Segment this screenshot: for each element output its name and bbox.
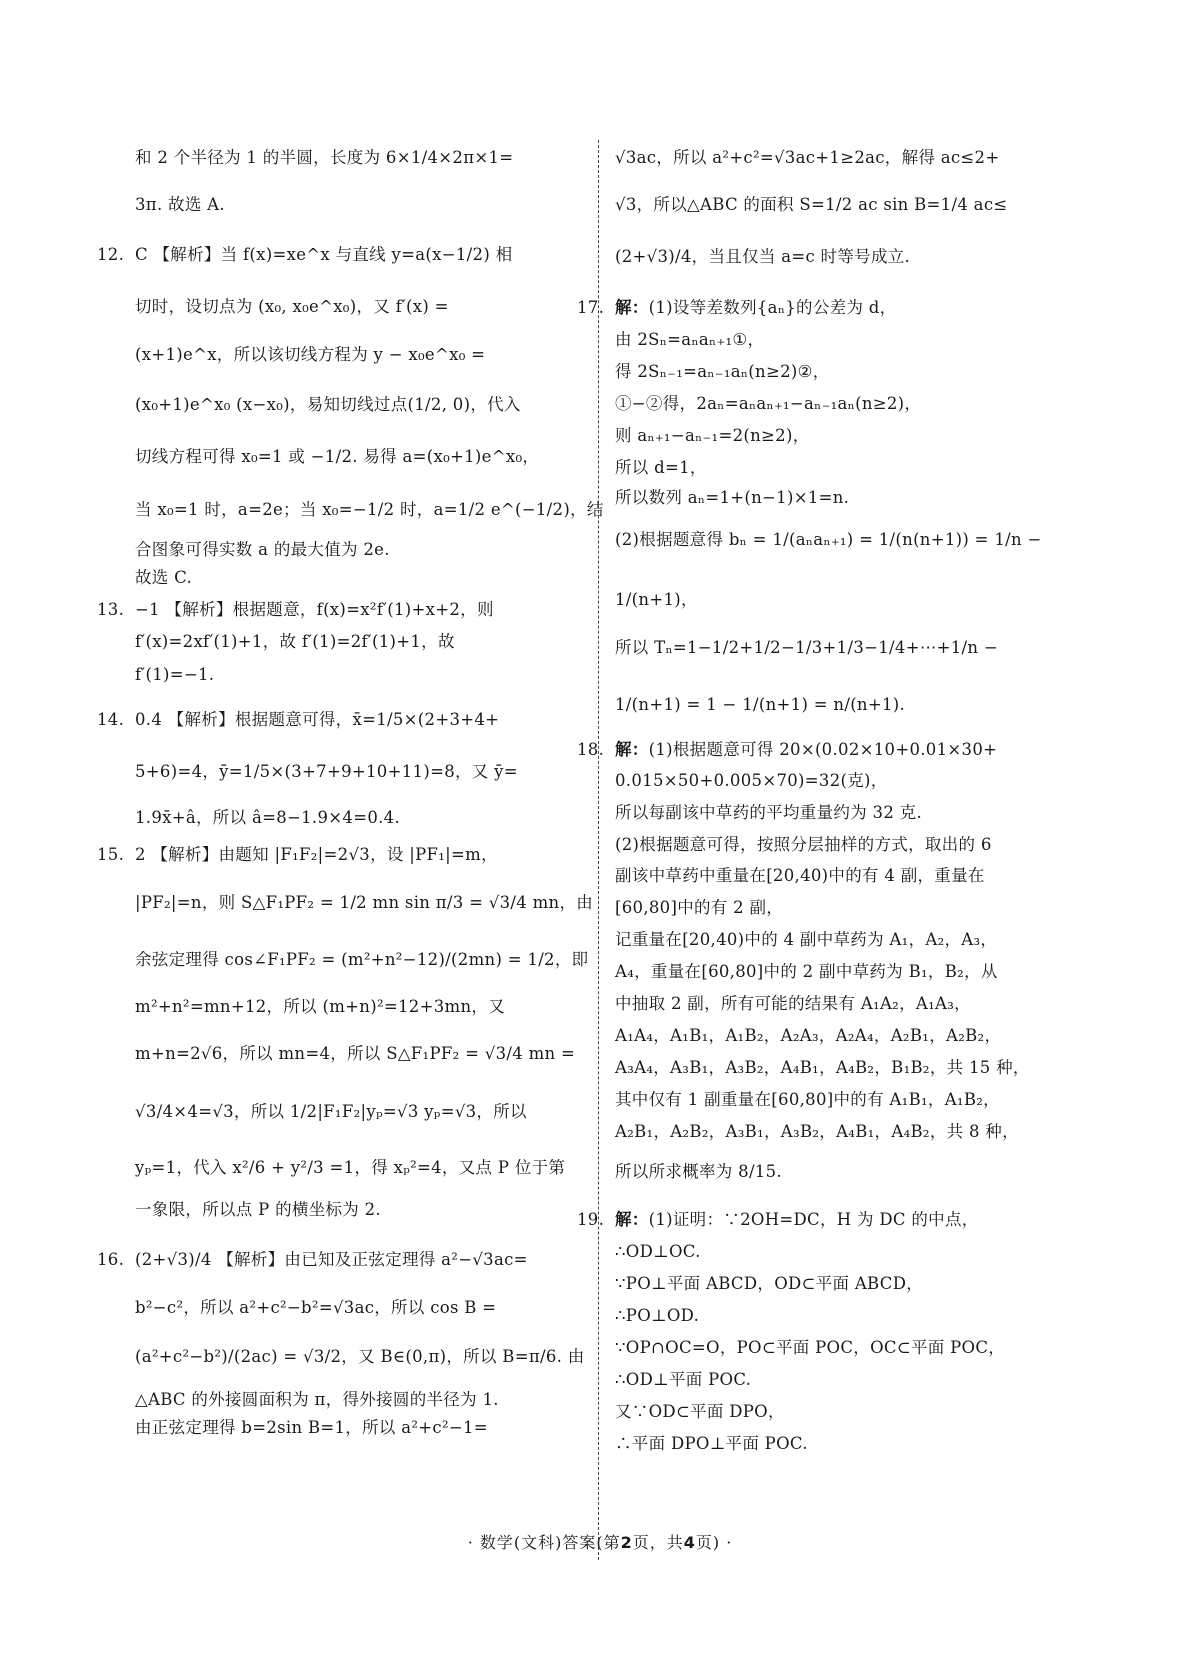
text-line: 1/(n+1)， [615, 590, 698, 610]
line-text: 余弦定理得 cos∠F₁PF₂ = (m²+n²−12)/(2mn) = 1/2… [135, 950, 588, 969]
text-line: 当 x₀=1 时，a=2e；当 x₀=−1/2 时，a=1/2 e^(−1/2)… [135, 500, 604, 520]
line-text: 由正弦定理得 b=2sin B=1，所以 a²+c²−1= [135, 1418, 488, 1437]
line-text: A₄，重量在[60,80]中的 2 副中草药为 B₁，B₂，从 [615, 962, 998, 981]
question-number: 14. [97, 710, 124, 730]
footer-suffix: 页) · [696, 1533, 732, 1552]
line-text: √3ac，所以 a²+c²=√3ac+1≥2ac，解得 ac≤2+ [615, 148, 999, 167]
text-line: 则 aₙ₊₁−aₙ₋₁=2(n≥2)， [615, 426, 810, 446]
line-text: ∴OD⊥OC. [615, 1242, 701, 1261]
question-number: 19. [577, 1210, 604, 1230]
text-line: (x+1)e^x，所以该切线方程为 y − x₀e^x₀ = [135, 345, 485, 365]
question-number: 15. [97, 845, 124, 865]
line-text: 所以每副该中草药的平均重量约为 32 克. [615, 803, 922, 822]
text-line: 故选 C. [135, 568, 192, 588]
text-line: 又∵OD⊂平面 DPO， [615, 1402, 785, 1422]
line-text: A₁A₄，A₁B₁，A₁B₂，A₂A₃，A₂A₄，A₂B₁，A₂B₂， [615, 1026, 1001, 1045]
line-text: 0.4 【解析】根据题意可得，x̄=1/5×(2+3+4+ [135, 710, 499, 729]
line-text: ∵PO⊥平面 ABCD，OD⊂平面 ABCD， [615, 1274, 923, 1293]
text-line: △ABC 的外接圆面积为 π，得外接圆的半径为 1. [135, 1390, 499, 1410]
line-text: A₂B₁，A₂B₂，A₃B₁，A₃B₂，A₄B₁，A₄B₂，共 8 种， [615, 1122, 1019, 1141]
text-line: 由正弦定理得 b=2sin B=1，所以 a²+c²−1= [135, 1418, 488, 1438]
text-line: m+n=2√6，所以 mn=4，所以 S△F₁PF₂ = √3/4 mn = [135, 1044, 575, 1064]
text-line: √3，所以△ABC 的面积 S=1/2 ac sin B=1/4 ac≤ [615, 195, 1007, 215]
footer-prefix: · 数学(文科)答案(第 [468, 1533, 621, 1552]
text-line: (2+√3)/4，当且仅当 a=c 时等号成立. [615, 247, 910, 267]
text-line: 其中仅有 1 副重量在[60,80]中的有 A₁B₁，A₁B₂， [615, 1090, 1000, 1110]
line-text: (1)根据题意可得 20×(0.02×10+0.01×30+ [649, 740, 998, 759]
line-text: [60,80]中的有 2 副， [615, 898, 783, 917]
line-text: (2+√3)/4，当且仅当 a=c 时等号成立. [615, 247, 910, 266]
footer-total-pages: 4 [684, 1533, 696, 1552]
answer-item-start: 12.C 【解析】当 f(x)=xe^x 与直线 y=a(x−1/2) 相 [135, 245, 512, 265]
line-text: (x₀+1)e^x₀ (x−x₀)，易知切线过点(1/2, 0)，代入 [135, 395, 521, 414]
line-text: C 【解析】当 f(x)=xe^x 与直线 y=a(x−1/2) 相 [135, 245, 512, 264]
answer-item-start: 13.−1 【解析】根据题意，f(x)=x²f′(1)+x+2，则 [135, 600, 494, 620]
line-text: 则 aₙ₊₁−aₙ₋₁=2(n≥2)， [615, 426, 810, 445]
text-line: (2)根据题意可得，按照分层抽样的方式，取出的 6 [615, 835, 992, 855]
page-footer: · 数学(文科)答案(第2页，共4页) · [0, 1530, 1200, 1553]
text-line: yₚ=1，代入 x²/6 + y²/3 =1，得 xₚ²=4，又点 P 位于第 [135, 1158, 565, 1178]
text-line: ①−②得，2aₙ=aₙaₙ₊₁−aₙ₋₁aₙ(n≥2)， [615, 394, 921, 414]
text-line: 中抽取 2 副，所有可能的结果有 A₁A₂，A₁A₃， [615, 994, 971, 1014]
answer-item-start: 15.2 【解析】由题知 |F₁F₂|=2√3，设 |PF₁|=m， [135, 845, 498, 865]
text-line: ∴OD⊥平面 POC. [615, 1370, 751, 1390]
line-text: √3，所以△ABC 的面积 S=1/2 ac sin B=1/4 ac≤ [615, 195, 1007, 214]
text-line: |PF₂|=n，则 S△F₁PF₂ = 1/2 mn sin π/3 = √3/… [135, 893, 593, 913]
text-line: 副该中草药中重量在[20,40)中的有 4 副，重量在 [615, 866, 985, 886]
line-text: 2 【解析】由题知 |F₁F₂|=2√3，设 |PF₁|=m， [135, 845, 498, 864]
line-text: △ABC 的外接圆面积为 π，得外接圆的半径为 1. [135, 1390, 499, 1409]
line-text: 故选 C. [135, 568, 192, 587]
line-text: 所以所求概率为 8/15. [615, 1162, 782, 1181]
text-line: [60,80]中的有 2 副， [615, 898, 783, 918]
line-text: ①−②得，2aₙ=aₙaₙ₊₁−aₙ₋₁aₙ(n≥2)， [615, 394, 921, 413]
line-text: A₃A₄，A₃B₁，A₃B₂，A₄B₁，A₄B₂，B₁B₂，共 15 种， [615, 1058, 1030, 1077]
text-line: (a²+c²−b²)/(2ac) = √3/2，又 B∈(0,π)，所以 B=π… [135, 1347, 585, 1367]
line-text: 切时，设切点为 (x₀, x₀e^x₀)，又 f′(x) = [135, 297, 449, 316]
text-line: m²+n²=mn+12，所以 (m+n)²=12+3mn，又 [135, 997, 505, 1017]
line-text: 1.9x̄+â，所以 â=8−1.9×4=0.4. [135, 808, 400, 827]
line-text: 其中仅有 1 副重量在[60,80]中的有 A₁B₁，A₁B₂， [615, 1090, 1000, 1109]
text-line: 1/(n+1) = 1 − 1/(n+1) = n/(n+1). [615, 695, 905, 715]
line-text: 一象限，所以点 P 的横坐标为 2. [135, 1200, 381, 1219]
text-line: 和 2 个半径为 1 的半圆，长度为 6×1/4×2π×1= [135, 148, 513, 168]
line-text: f′(1)=−1. [135, 665, 214, 684]
line-text: 得 2Sₙ₋₁=aₙ₋₁aₙ(n≥2)②， [615, 362, 830, 381]
text-line: 所以 d=1， [615, 458, 707, 478]
line-text: yₚ=1，代入 x²/6 + y²/3 =1，得 xₚ²=4，又点 P 位于第 [135, 1158, 565, 1177]
text-line: 1.9x̄+â，所以 â=8−1.9×4=0.4. [135, 808, 400, 828]
line-text: 副该中草药中重量在[20,40)中的有 4 副，重量在 [615, 866, 985, 885]
text-line: 所以每副该中草药的平均重量约为 32 克. [615, 803, 922, 823]
line-text: 切线方程可得 x₀=1 或 −1/2. 易得 a=(x₀+1)e^x₀， [135, 447, 539, 466]
answer-item-start: 17.解：(1)设等差数列{aₙ}的公差为 d， [615, 298, 896, 318]
text-line: 所以所求概率为 8/15. [615, 1162, 782, 1182]
text-line: (x₀+1)e^x₀ (x−x₀)，易知切线过点(1/2, 0)，代入 [135, 395, 521, 415]
question-number: 17. [577, 298, 604, 318]
solution-label: 解： [615, 298, 649, 317]
line-text: 和 2 个半径为 1 的半圆，长度为 6×1/4×2π×1= [135, 148, 513, 167]
text-line: √3/4×4=√3，所以 1/2|F₁F₂|yₚ=√3 yₚ=√3，所以 [135, 1102, 527, 1122]
text-line: 一象限，所以点 P 的横坐标为 2. [135, 1200, 381, 1220]
line-text: (1)设等差数列{aₙ}的公差为 d， [649, 298, 897, 317]
text-line: ∴平面 DPO⊥平面 POC. [615, 1434, 808, 1454]
text-line: f′(1)=−1. [135, 665, 214, 685]
text-line: 所以 Tₙ=1−1/2+1/2−1/3+1/3−1/4+⋯+1/n − [615, 638, 998, 658]
solution-label: 解： [615, 740, 649, 759]
line-text: 记重量在[20,40)中的 4 副中草药为 A₁，A₂，A₃， [615, 930, 997, 949]
text-line: 3π. 故选 A. [135, 195, 225, 215]
text-line: 记重量在[20,40)中的 4 副中草药为 A₁，A₂，A₃， [615, 930, 997, 950]
text-line: A₁A₄，A₁B₁，A₁B₂，A₂A₃，A₂A₄，A₂B₁，A₂B₂， [615, 1026, 1001, 1046]
text-line: b²−c²，所以 a²+c²−b²=√3ac，所以 cos B = [135, 1298, 496, 1318]
answer-item-start: 14.0.4 【解析】根据题意可得，x̄=1/5×(2+3+4+ [135, 710, 499, 730]
line-text: (x+1)e^x，所以该切线方程为 y − x₀e^x₀ = [135, 345, 485, 364]
line-text: 中抽取 2 副，所有可能的结果有 A₁A₂，A₁A₃， [615, 994, 971, 1013]
answer-item-start: 16.(2+√3)/4 【解析】由已知及正弦定理得 a²−√3ac= [135, 1250, 528, 1270]
text-line: (2)根据题意得 bₙ = 1/(aₙaₙ₊₁) = 1/(n(n+1)) = … [615, 530, 1042, 550]
line-text: 又∵OD⊂平面 DPO， [615, 1402, 785, 1421]
line-text: −1 【解析】根据题意，f(x)=x²f′(1)+x+2，则 [135, 600, 494, 619]
line-text: (2)根据题意可得，按照分层抽样的方式，取出的 6 [615, 835, 992, 854]
line-text: ∴平面 DPO⊥平面 POC. [615, 1434, 808, 1453]
text-line: A₂B₁，A₂B₂，A₃B₁，A₃B₂，A₄B₁，A₄B₂，共 8 种， [615, 1122, 1019, 1142]
line-text: 合图象可得实数 a 的最大值为 2e. [135, 540, 390, 559]
text-line: ∴OD⊥OC. [615, 1242, 701, 1262]
question-number: 13. [97, 600, 124, 620]
line-text: |PF₂|=n，则 S△F₁PF₂ = 1/2 mn sin π/3 = √3/… [135, 893, 593, 912]
footer-page-number: 2 [621, 1533, 633, 1552]
text-line: 0.015×50+0.005×70)=32(克)， [615, 771, 888, 791]
line-text: b²−c²，所以 a²+c²−b²=√3ac，所以 cos B = [135, 1298, 496, 1317]
question-number: 16. [97, 1250, 124, 1270]
line-text: √3/4×4=√3，所以 1/2|F₁F₂|yₚ=√3 yₚ=√3，所以 [135, 1102, 527, 1121]
line-text: (2)根据题意得 bₙ = 1/(aₙaₙ₊₁) = 1/(n(n+1)) = … [615, 530, 1042, 549]
line-text: (2+√3)/4 【解析】由已知及正弦定理得 a²−√3ac= [135, 1250, 528, 1269]
line-text: 5+6)=4，ȳ=1/5×(3+7+9+10+11)=8，又 ȳ= [135, 762, 518, 781]
line-text: 所以 Tₙ=1−1/2+1/2−1/3+1/3−1/4+⋯+1/n − [615, 638, 998, 657]
text-line: A₄，重量在[60,80]中的 2 副中草药为 B₁，B₂，从 [615, 962, 998, 982]
question-number: 18. [577, 740, 604, 760]
text-line: 切时，设切点为 (x₀, x₀e^x₀)，又 f′(x) = [135, 297, 449, 317]
line-text: 3π. 故选 A. [135, 195, 225, 214]
text-line: 由 2Sₙ=aₙaₙ₊₁①， [615, 330, 764, 350]
answer-item-start: 18.解：(1)根据题意可得 20×(0.02×10+0.01×30+ [615, 740, 997, 760]
text-line: A₃A₄，A₃B₁，A₃B₂，A₄B₁，A₄B₂，B₁B₂，共 15 种， [615, 1058, 1030, 1078]
line-text: 当 x₀=1 时，a=2e；当 x₀=−1/2 时，a=1/2 e^(−1/2)… [135, 500, 604, 519]
line-text: ∴PO⊥OD. [615, 1306, 699, 1325]
line-text: 1/(n+1) = 1 − 1/(n+1) = n/(n+1). [615, 695, 905, 714]
line-text: ∴OD⊥平面 POC. [615, 1370, 751, 1389]
column-divider [598, 140, 599, 1560]
line-text: (a²+c²−b²)/(2ac) = √3/2，又 B∈(0,π)，所以 B=π… [135, 1347, 585, 1366]
text-line: ∵OP∩OC=O，PO⊂平面 POC，OC⊂平面 POC， [615, 1338, 1005, 1358]
line-text: m+n=2√6，所以 mn=4，所以 S△F₁PF₂ = √3/4 mn = [135, 1044, 575, 1063]
line-text: 由 2Sₙ=aₙaₙ₊₁①， [615, 330, 764, 349]
text-line: 所以数列 aₙ=1+(n−1)×1=n. [615, 488, 849, 508]
text-line: √3ac，所以 a²+c²=√3ac+1≥2ac，解得 ac≤2+ [615, 148, 999, 168]
text-line: 5+6)=4，ȳ=1/5×(3+7+9+10+11)=8，又 ȳ= [135, 762, 518, 782]
line-text: 所以 d=1， [615, 458, 707, 477]
text-line: 余弦定理得 cos∠F₁PF₂ = (m²+n²−12)/(2mn) = 1/2… [135, 950, 588, 970]
text-line: ∴PO⊥OD. [615, 1306, 699, 1326]
text-line: f′(x)=2xf′(1)+1，故 f′(1)=2f′(1)+1，故 [135, 632, 455, 652]
line-text: 1/(n+1)， [615, 590, 698, 609]
text-line: 切线方程可得 x₀=1 或 −1/2. 易得 a=(x₀+1)e^x₀， [135, 447, 539, 467]
text-line: 合图象可得实数 a 的最大值为 2e. [135, 540, 390, 560]
question-number: 12. [97, 245, 124, 265]
line-text: ∵OP∩OC=O，PO⊂平面 POC，OC⊂平面 POC， [615, 1338, 1005, 1357]
text-line: ∵PO⊥平面 ABCD，OD⊂平面 ABCD， [615, 1274, 923, 1294]
line-text: f′(x)=2xf′(1)+1，故 f′(1)=2f′(1)+1，故 [135, 632, 455, 651]
line-text: 0.015×50+0.005×70)=32(克)， [615, 771, 888, 790]
text-line: 得 2Sₙ₋₁=aₙ₋₁aₙ(n≥2)②， [615, 362, 830, 382]
solution-label: 解： [615, 1210, 649, 1229]
answer-item-start: 19.解：(1)证明：∵2OH=DC，H 为 DC 的中点， [615, 1210, 979, 1230]
footer-middle: 页，共 [633, 1533, 684, 1552]
line-text: (1)证明：∵2OH=DC，H 为 DC 的中点， [649, 1210, 979, 1229]
line-text: 所以数列 aₙ=1+(n−1)×1=n. [615, 488, 849, 507]
line-text: m²+n²=mn+12，所以 (m+n)²=12+3mn，又 [135, 997, 505, 1016]
